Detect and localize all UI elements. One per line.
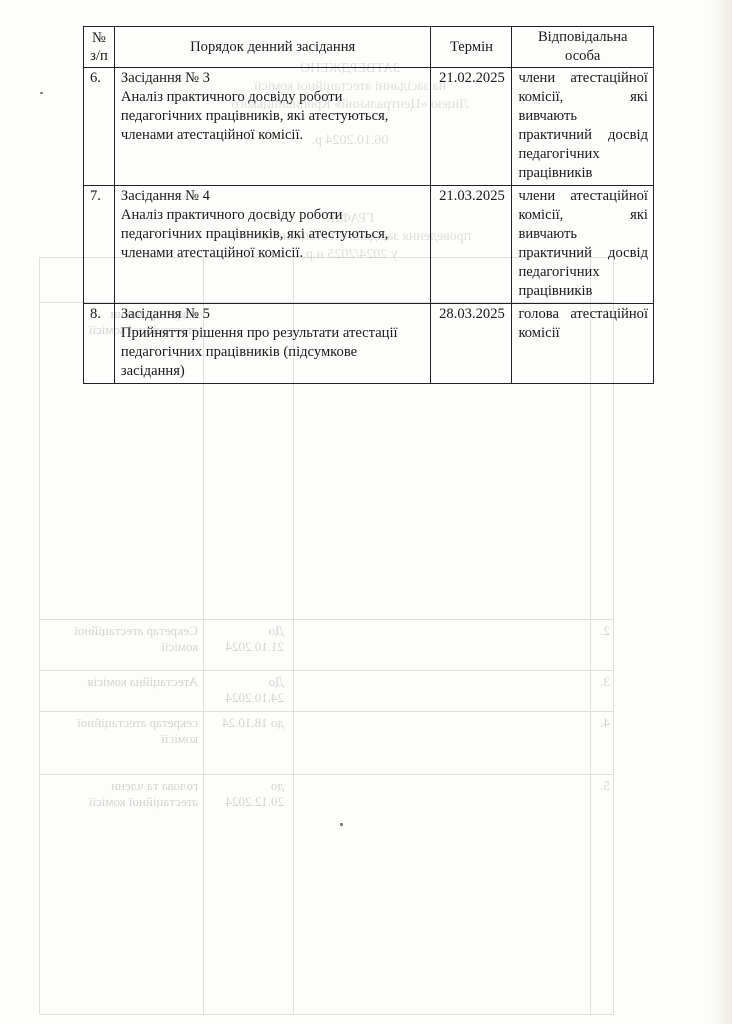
agenda-cell: Засідання № 5Прийняття рішення про резул… [114, 304, 431, 384]
responsible-line: педагогічних [518, 263, 648, 282]
header-num-line2: з/п [88, 47, 110, 65]
term-cell: 21.03.2025 [431, 186, 512, 304]
header-num-line1: № [88, 29, 110, 47]
agenda-table: № з/п Порядок денний засідання Термін Ві… [83, 26, 654, 384]
row-number: 7. [84, 186, 115, 304]
ghost-text: 3. [600, 674, 610, 690]
ghost-text: голова та члени атестаційної комісії [48, 778, 198, 810]
header-responsible-line2: особа [516, 47, 649, 66]
responsible-line: комісії, які [518, 206, 648, 225]
agenda-line: педагогічних працівників, які атестуютьс… [121, 225, 426, 244]
table-row: 8.Засідання № 5Прийняття рішення про рез… [84, 304, 654, 384]
responsible-line: працівників [518, 282, 648, 301]
table-row: 6.Засідання № 3Аналіз практичного досвід… [84, 68, 654, 186]
ghost-row-line [40, 619, 614, 620]
agenda-line: засідання) [121, 362, 426, 381]
table-row: 7.Засідання № 4Аналіз практичного досвід… [84, 186, 654, 304]
table-header-row: № з/п Порядок денний засідання Термін Ві… [84, 27, 654, 68]
header-term: Термін [431, 27, 512, 68]
responsible-line: комісії [518, 324, 648, 343]
term-cell: 28.03.2025 [431, 304, 512, 384]
ghost-text: 5. [600, 778, 610, 794]
ghost-text: до 20.12.2024 [214, 778, 284, 810]
scan-speck [40, 92, 43, 94]
ghost-row-line [40, 711, 614, 712]
ghost-text: Атестаційна комісія [48, 674, 198, 690]
ghost-col-line [39, 257, 40, 1014]
agenda-cell: Засідання № 3Аналіз практичного досвіду … [114, 68, 431, 186]
agenda-line: педагогічних працівників, які атестуютьс… [121, 107, 426, 126]
ghost-text: До 21.10.2024 [214, 623, 284, 655]
ghost-row-line [40, 1014, 614, 1015]
responsible-line: працівників [518, 164, 648, 183]
responsible-cell: голова атестаційноїкомісії [512, 304, 654, 384]
header-responsible: Відповідальна особа [512, 27, 654, 68]
responsible-line: педагогічних [518, 145, 648, 164]
agenda-line: Прийняття рішення про результати атестац… [121, 324, 426, 343]
ghost-row-line [40, 670, 614, 671]
responsible-line: вивчають [518, 225, 648, 244]
session-title: Засідання № 3 [121, 69, 426, 88]
page-edge [710, 0, 732, 1024]
agenda-line: членами атестаційної комісії. [121, 244, 426, 263]
scan-speck [340, 823, 343, 826]
ghost-text: до 18.10.24 [214, 715, 284, 731]
responsible-line: голова атестаційної [518, 305, 648, 324]
header-responsible-line1: Відповідальна [516, 28, 649, 47]
agenda-line: Аналіз практичного досвіду роботи [121, 88, 426, 107]
row-number: 8. [84, 304, 115, 384]
agenda-cell: Засідання № 4Аналіз практичного досвіду … [114, 186, 431, 304]
responsible-cell: члени атестаційноїкомісії, яківивчаютьпр… [512, 68, 654, 186]
responsible-line: практичний досвід [518, 244, 648, 263]
responsible-line: члени атестаційної [518, 187, 648, 206]
agenda-line: Аналіз практичного досвіду роботи [121, 206, 426, 225]
session-title: Засідання № 4 [121, 187, 426, 206]
ghost-text: До 24.10.2024 [214, 674, 284, 706]
term-cell: 21.02.2025 [431, 68, 512, 186]
agenda-line: членами атестаційної комісії. [121, 126, 426, 145]
ghost-text: 2. [600, 623, 610, 639]
responsible-line: члени атестаційної [518, 69, 648, 88]
ghost-row-line [40, 774, 614, 775]
responsible-line: комісії, які [518, 88, 648, 107]
session-title: Засідання № 5 [121, 305, 426, 324]
header-num: № з/п [84, 27, 115, 68]
ghost-text: секретар атестаційної комісії [48, 715, 198, 747]
responsible-line: вивчають [518, 107, 648, 126]
ghost-text: 4. [600, 715, 610, 731]
responsible-cell: члени атестаційноїкомісії, яківивчаютьпр… [512, 186, 654, 304]
ghost-text: Секретар атестаційної комісії [48, 623, 198, 655]
responsible-line: практичний досвід [518, 126, 648, 145]
header-agenda: Порядок денний засідання [114, 27, 431, 68]
row-number: 6. [84, 68, 115, 186]
agenda-line: педагогічних працівників (підсумкове [121, 343, 426, 362]
